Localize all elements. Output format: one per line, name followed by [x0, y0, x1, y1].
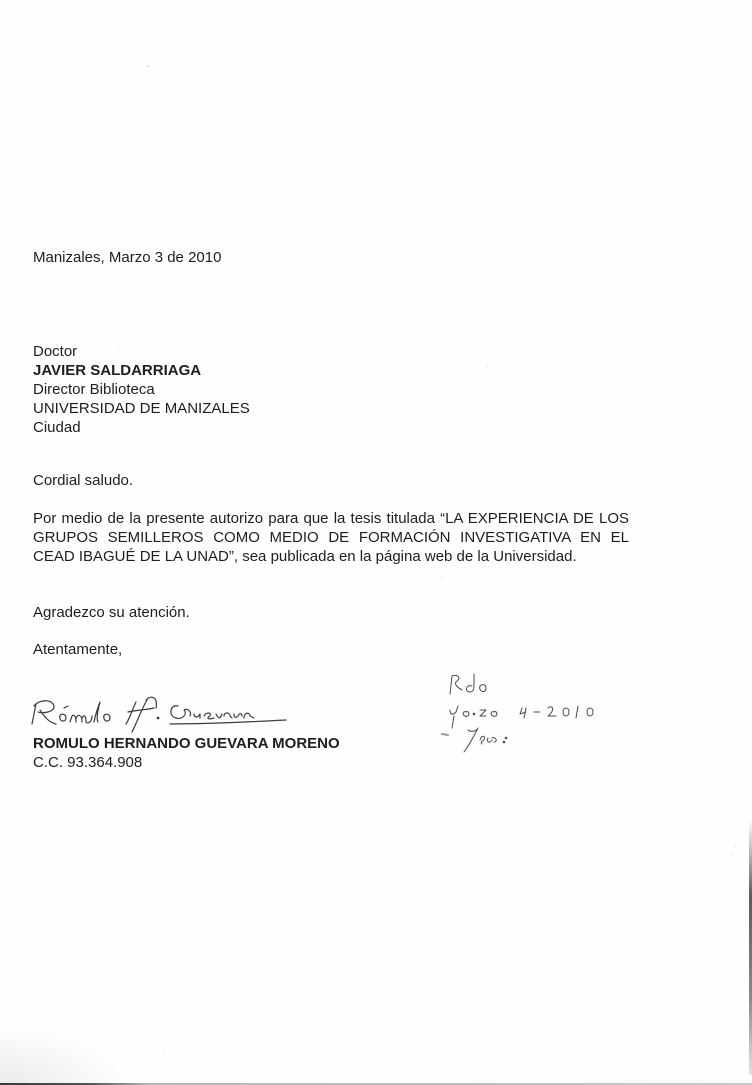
recipient-block: Doctor JAVIER SALDARRIAGA Director Bibli… — [33, 342, 250, 437]
closing-line: Atentamente, — [33, 640, 122, 659]
recipient-title: Doctor — [33, 342, 250, 361]
signer-id: C.C. 93.364.908 — [33, 753, 142, 772]
place-date: Manizales, Marzo 3 de 2010 — [33, 248, 221, 267]
letter-body: Por medio de la presente autorizo para q… — [33, 509, 629, 566]
signer-name: ROMULO HERNANDO GUEVARA MORENO — [33, 734, 340, 753]
recipient-position: Director Biblioteca — [33, 380, 250, 399]
recipient-name: JAVIER SALDARRIAGA — [33, 361, 250, 380]
greeting: Cordial saludo. — [33, 471, 133, 490]
handwritten-signature: Rómulo H. Guevara — [28, 688, 298, 738]
scan-shadow — [0, 1025, 130, 1085]
recipient-city: Ciudad — [33, 418, 250, 437]
thanks-line: Agradezco su atención. — [33, 603, 190, 622]
received-handwritten-note: Marzo 4 - 2010 — [440, 672, 660, 772]
scanned-page: Manizales, Marzo 3 de 2010 Doctor JAVIER… — [0, 0, 752, 1085]
recipient-institution: UNIVERSIDAD DE MANIZALES — [33, 399, 250, 418]
